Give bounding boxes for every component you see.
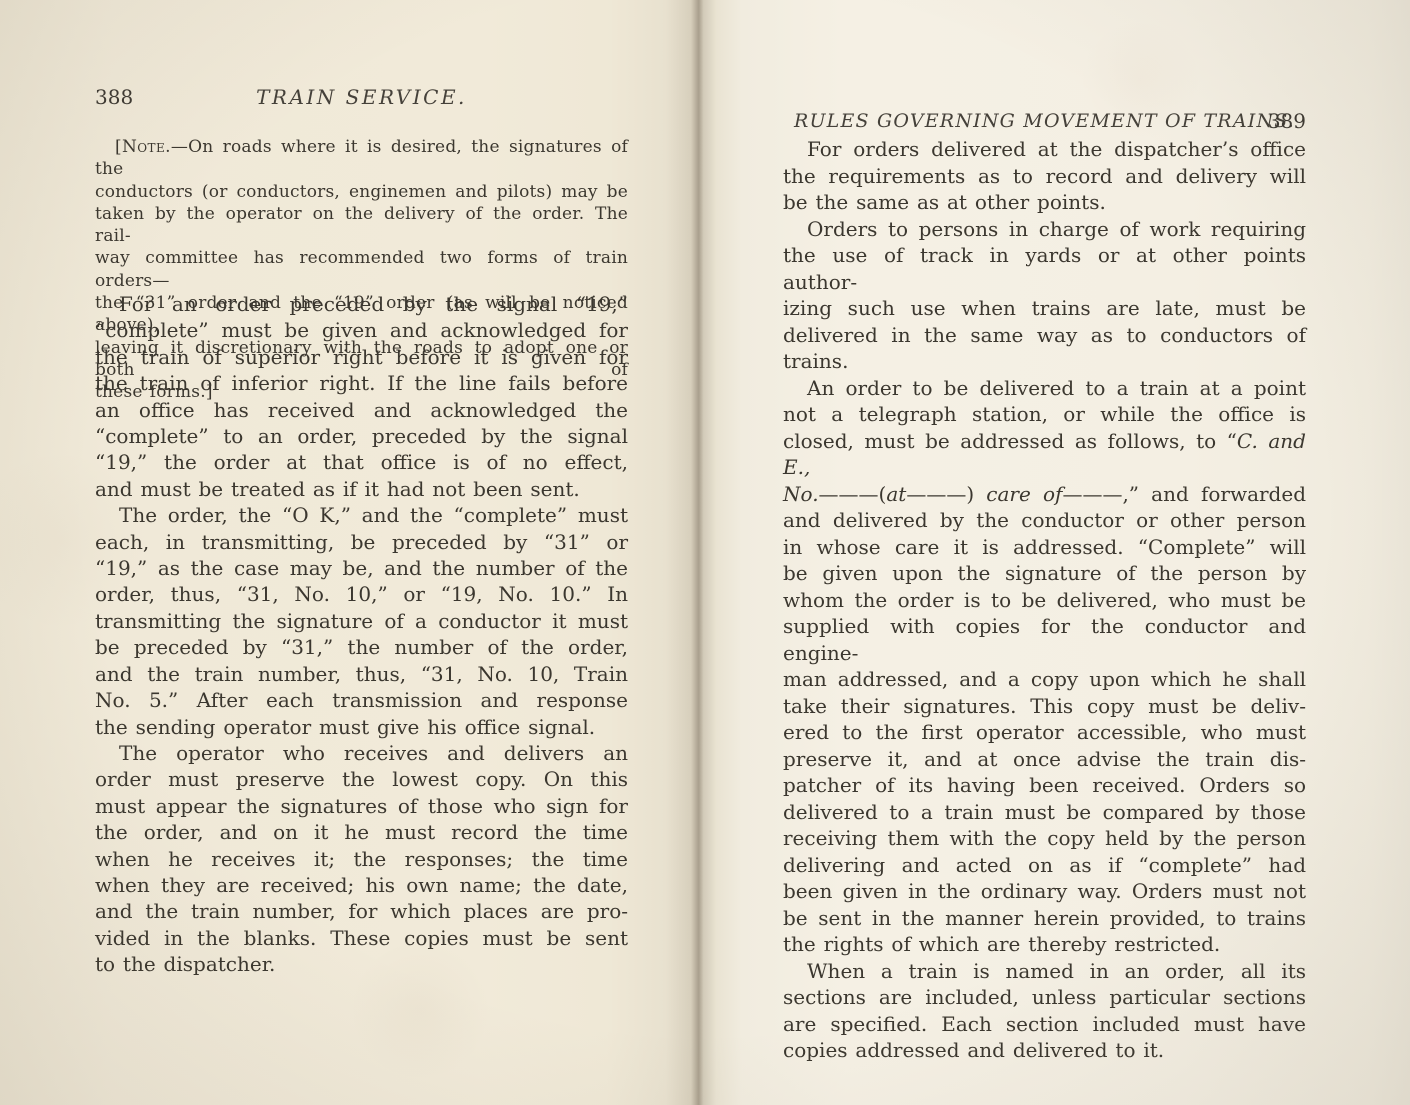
text-line: An order to be delivered to a train at a… — [783, 375, 1306, 402]
right-page-body: For orders delivered at the dispatcher’s… — [783, 136, 1306, 1064]
text-line: ered to the first operator accessible, w… — [783, 719, 1306, 746]
text-line: receiving them with the copy held by the… — [783, 825, 1306, 852]
right-page-header: RULES GOVERNING MOVEMENT OF TRAINS. 389 — [783, 110, 1306, 134]
left-page-header: 388 TRAIN SERVICE. — [95, 86, 628, 110]
text-line: the requirements as to record and delive… — [783, 163, 1306, 190]
text-line: been given in the ordinary way. Orders m… — [783, 878, 1306, 905]
text-line: conductors (or conductors, enginemen and… — [95, 181, 628, 203]
text-line: the train of superior right before it is… — [95, 344, 628, 370]
text-line: the sending operator must give his offic… — [95, 714, 628, 740]
text-line: way committee has recommended two forms … — [95, 247, 628, 292]
text-line: the order, and on it he must record the … — [95, 819, 628, 845]
text-line: the use of track in yards or at other po… — [783, 242, 1306, 295]
text-line: delivered to a train must be compared by… — [783, 799, 1306, 826]
page-number: 389 — [1268, 110, 1306, 132]
text-line: and must be treated as if it had not bee… — [95, 476, 628, 502]
text-line: man addressed, and a copy upon which he … — [783, 666, 1306, 693]
text-line: For orders delivered at the dispatcher’s… — [783, 136, 1306, 163]
text-line: and the train number, thus, “31, No. 10,… — [95, 661, 628, 687]
paragraph: Orders to persons in charge of work requ… — [783, 216, 1306, 375]
text-line: transmitting the signature of a conducto… — [95, 608, 628, 634]
left-page-body: For an order preceded by the signal “19,… — [95, 291, 628, 978]
text-line: The order, the “O K,” and the “complete”… — [95, 502, 628, 528]
text-line: “19,” the order at that office is of no … — [95, 449, 628, 475]
text-line: preserve it, and at once advise the trai… — [783, 746, 1306, 773]
text-line: delivering and acted on as if “complete”… — [783, 852, 1306, 879]
book-spread: 388 TRAIN SERVICE. [Note.—On roads where… — [0, 0, 1410, 1105]
paragraph: When a train is named in an order, all i… — [783, 958, 1306, 1064]
page-number: 388 — [95, 86, 133, 108]
text-line: an office has received and acknowledged … — [95, 397, 628, 423]
text-line: order must preserve the lowest copy. On … — [95, 766, 628, 792]
text-line: taken by the operator on the delivery of… — [95, 203, 628, 248]
paragraph: For an order preceded by the signal “19,… — [95, 291, 628, 502]
text-line: be the same as at other points. — [783, 189, 1306, 216]
text-line: [Note.—On roads where it is desired, the… — [95, 136, 628, 181]
paragraph: The order, the “O K,” and the “complete”… — [95, 502, 628, 740]
text-line: the rights of which are thereby restrict… — [783, 931, 1306, 958]
text-line: whom the order is to be delivered, who m… — [783, 587, 1306, 614]
text-line: vided in the blanks. These copies must b… — [95, 925, 628, 951]
text-line: For an order preceded by the signal “19,… — [95, 291, 628, 317]
text-line: and the train number, for which places a… — [95, 898, 628, 924]
text-line: izing such use when trains are late, mus… — [783, 295, 1306, 322]
paragraph: The operator who receives and delivers a… — [95, 740, 628, 978]
text-line: in whose care it is addressed. “Complete… — [783, 534, 1306, 561]
text-line: when he receives it; the responses; the … — [95, 846, 628, 872]
text-line: “complete” must be given and acknowledge… — [95, 317, 628, 343]
running-title: TRAIN SERVICE. — [95, 86, 628, 108]
running-title: RULES GOVERNING MOVEMENT OF TRAINS. — [783, 110, 1306, 132]
text-line: “complete” to an order, preceded by the … — [95, 423, 628, 449]
text-line: not a telegraph station, or while the of… — [783, 401, 1306, 428]
text-line: be sent in the manner herein provided, t… — [783, 905, 1306, 932]
text-line: trains. — [783, 348, 1306, 375]
text-line: be given upon the signature of the perso… — [783, 560, 1306, 587]
text-line: and delivered by the conductor or other … — [783, 507, 1306, 534]
text-line: closed, must be addressed as follows, to… — [783, 428, 1306, 481]
text-line: The operator who receives and delivers a… — [95, 740, 628, 766]
text-line: take their signatures. This copy must be… — [783, 693, 1306, 720]
text-line: be preceded by “31,” the number of the o… — [95, 634, 628, 660]
text-line: to the dispatcher. — [95, 951, 628, 977]
paragraph: For orders delivered at the dispatcher’s… — [783, 136, 1306, 216]
text-line: delivered in the same way as to conducto… — [783, 322, 1306, 349]
text-line: each, in transmitting, be preceded by “3… — [95, 529, 628, 555]
text-line: When a train is named in an order, all i… — [783, 958, 1306, 985]
text-line: sections are included, unless particular… — [783, 984, 1306, 1011]
text-line: Orders to persons in charge of work requ… — [783, 216, 1306, 243]
text-line: when they are received; his own name; th… — [95, 872, 628, 898]
text-line: No. 5.” After each transmission and resp… — [95, 687, 628, 713]
text-line: the train of inferior right. If the line… — [95, 370, 628, 396]
text-line: are specified. Each section included mus… — [783, 1011, 1306, 1038]
text-line: copies addressed and delivered to it. — [783, 1037, 1306, 1064]
text-line: “19,” as the case may be, and the number… — [95, 555, 628, 581]
text-line: patcher of its having been received. Ord… — [783, 772, 1306, 799]
text-line: must appear the signatures of those who … — [95, 793, 628, 819]
text-line: supplied with copies for the conductor a… — [783, 613, 1306, 666]
paragraph: An order to be delivered to a train at a… — [783, 375, 1306, 958]
text-line: order, thus, “31, No. 10,” or “19, No. 1… — [95, 581, 628, 607]
text-line: No.———(at———) care of———,” and forwarded — [783, 481, 1306, 508]
